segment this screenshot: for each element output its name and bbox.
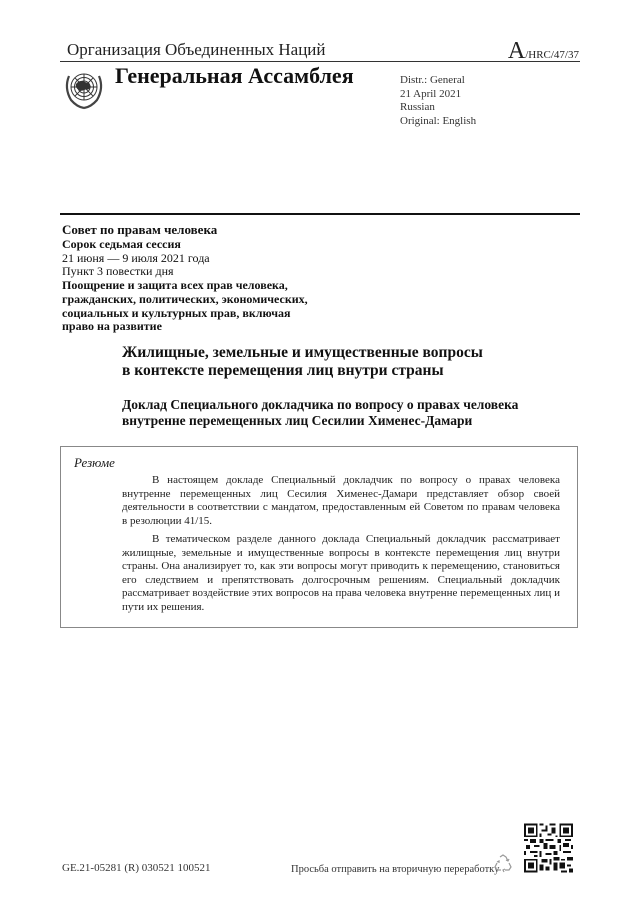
agenda-item: Пункт 3 повестки дня xyxy=(62,265,308,279)
agenda-title-line: право на развитие xyxy=(62,320,308,334)
date-line: 21 April 2021 xyxy=(400,88,476,102)
language-line: Russian xyxy=(400,101,476,115)
original-language-line: Original: English xyxy=(400,115,476,129)
header-rule xyxy=(60,61,580,62)
document-subtitle: Доклад Специального докладчика по вопрос… xyxy=(122,397,518,429)
session-name: Сорок седьмая сессия xyxy=(62,238,308,252)
summary-label: Резюме xyxy=(74,455,115,471)
council-name: Совет по правам человека xyxy=(62,222,308,238)
assembly-title: Генеральная Ассамблея xyxy=(115,63,354,89)
document-title: Жилищные, земельные и имущественные вопр… xyxy=(122,344,483,380)
council-block: Совет по правам человека Сорок седьмая с… xyxy=(62,222,308,334)
session-dates: 21 июня — 9 июля 2021 года xyxy=(62,252,308,266)
title-line: Жилищные, земельные и имущественные вопр… xyxy=(122,344,483,362)
job-number: GE.21-05281 (R) 030521 100521 xyxy=(62,862,211,874)
distribution-line: Distr.: General xyxy=(400,74,476,88)
symbol-code: /HRC/47/37 xyxy=(525,49,579,61)
recycle-note: Просьба отправить на вторичную переработ… xyxy=(291,864,499,875)
un-emblem-icon xyxy=(62,66,106,110)
qr-code-icon[interactable] xyxy=(524,823,573,873)
distribution-info: Distr.: General 21 April 2021 Russian Or… xyxy=(400,74,476,128)
subtitle-line: Доклад Специального докладчика по вопрос… xyxy=(122,397,518,413)
agenda-title-line: социальных и культурных прав, включая xyxy=(62,307,308,321)
title-line: в контексте перемещения лиц внутри стран… xyxy=(122,362,483,380)
summary-paragraph: В настоящем докладе Специальный докладчи… xyxy=(122,474,560,528)
section-rule xyxy=(60,213,580,215)
organization-name: Организация Объединенных Наций xyxy=(67,40,326,60)
agenda-title-line: Поощрение и защита всех прав человека, xyxy=(62,279,308,293)
recycle-icon xyxy=(492,853,514,875)
summary-paragraph: В тематическом разделе данного доклада С… xyxy=(122,533,560,615)
agenda-title-line: гражданских, политических, экономических… xyxy=(62,293,308,307)
subtitle-line: внутренне перемещенных лиц Сесилии Химен… xyxy=(122,413,518,429)
